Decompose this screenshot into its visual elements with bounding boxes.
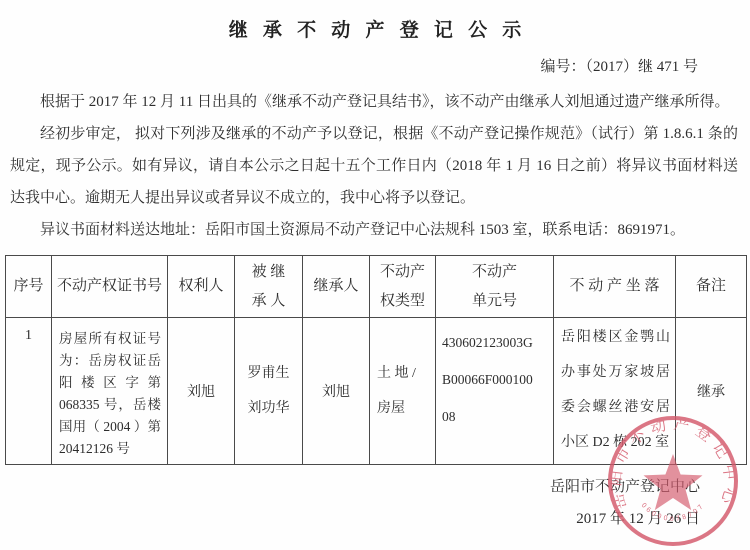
- table-header-row: 序号 不动产权证书号 权利人 被 继 承 人 继承人 不动产 权类型 不动产 单…: [6, 256, 747, 318]
- cell-index: 1: [6, 318, 52, 465]
- cell-property-type: 土 地 / 房屋: [370, 318, 436, 465]
- column-header-unit-no: 不动产 单元号: [436, 256, 554, 318]
- column-header-decedent: 被 继 承 人: [235, 256, 303, 318]
- cell-remark: 继承: [676, 318, 747, 465]
- column-header-property-type: 不动产 权类型: [370, 256, 436, 318]
- column-header-location: 不 动 产 坐 落: [554, 256, 676, 318]
- column-header-right-holder: 权利人: [168, 256, 235, 318]
- column-header-index: 序号: [6, 256, 52, 318]
- cell-decedent: 罗甫生 刘功华: [235, 318, 303, 465]
- column-header-heir: 继承人: [303, 256, 370, 318]
- notice-document: 继承不动产登记公示 编号：（2017）继 471 号 根据于 2017 年 12…: [0, 0, 750, 550]
- registry-table: 序号 不动产权证书号 权利人 被 继 承 人 继承人 不动产 权类型 不动产 单…: [5, 255, 747, 465]
- cell-cert-no: 房屋所有权证号为：岳房权证岳阳楼区字第 068335 号，岳楼国用（ 2004 …: [52, 318, 168, 465]
- paragraph-address: 异议书面材料送达地址：岳阳市国土资源局不动产登记中心法规科 1503 室，联系电…: [10, 214, 738, 246]
- cell-location: 岳阳楼区金鹗山办事处万家坡居委会螺丝港安居小区 D2 栋 202 室: [554, 318, 676, 465]
- signature-date: 2017 年 12 月 26 日: [0, 503, 700, 535]
- column-header-cert-no: 不动产权证书号: [52, 256, 168, 318]
- paragraph-review-objection: 经初步审定， 拟对下列涉及继承的不动产予以登记，根据《不动产登记操作规范》（试行…: [10, 118, 738, 214]
- cell-heir: 刘旭: [303, 318, 370, 465]
- doc-number: 编号：（2017）继 471 号: [0, 55, 750, 76]
- column-header-remark: 备注: [676, 256, 747, 318]
- signature-org: 岳阳市不动产登记中心: [0, 471, 700, 503]
- page-title: 继承不动产登记公示: [0, 0, 750, 42]
- paragraph-basis: 根据于 2017 年 12 月 11 日出具的《继承不动产登记具结书》，该不动产…: [10, 86, 738, 118]
- table-row: 1 房屋所有权证号为：岳房权证岳阳楼区字第 068335 号，岳楼国用（ 200…: [6, 318, 747, 465]
- body-text: 根据于 2017 年 12 月 11 日出具的《继承不动产登记具结书》，该不动产…: [10, 86, 738, 246]
- cell-unit-no: 430602123003G B00066F000100 08: [436, 318, 554, 465]
- signature-block: 岳阳市不动产登记中心 2017 年 12 月 26 日: [0, 471, 750, 535]
- cell-right-holder: 刘旭: [168, 318, 235, 465]
